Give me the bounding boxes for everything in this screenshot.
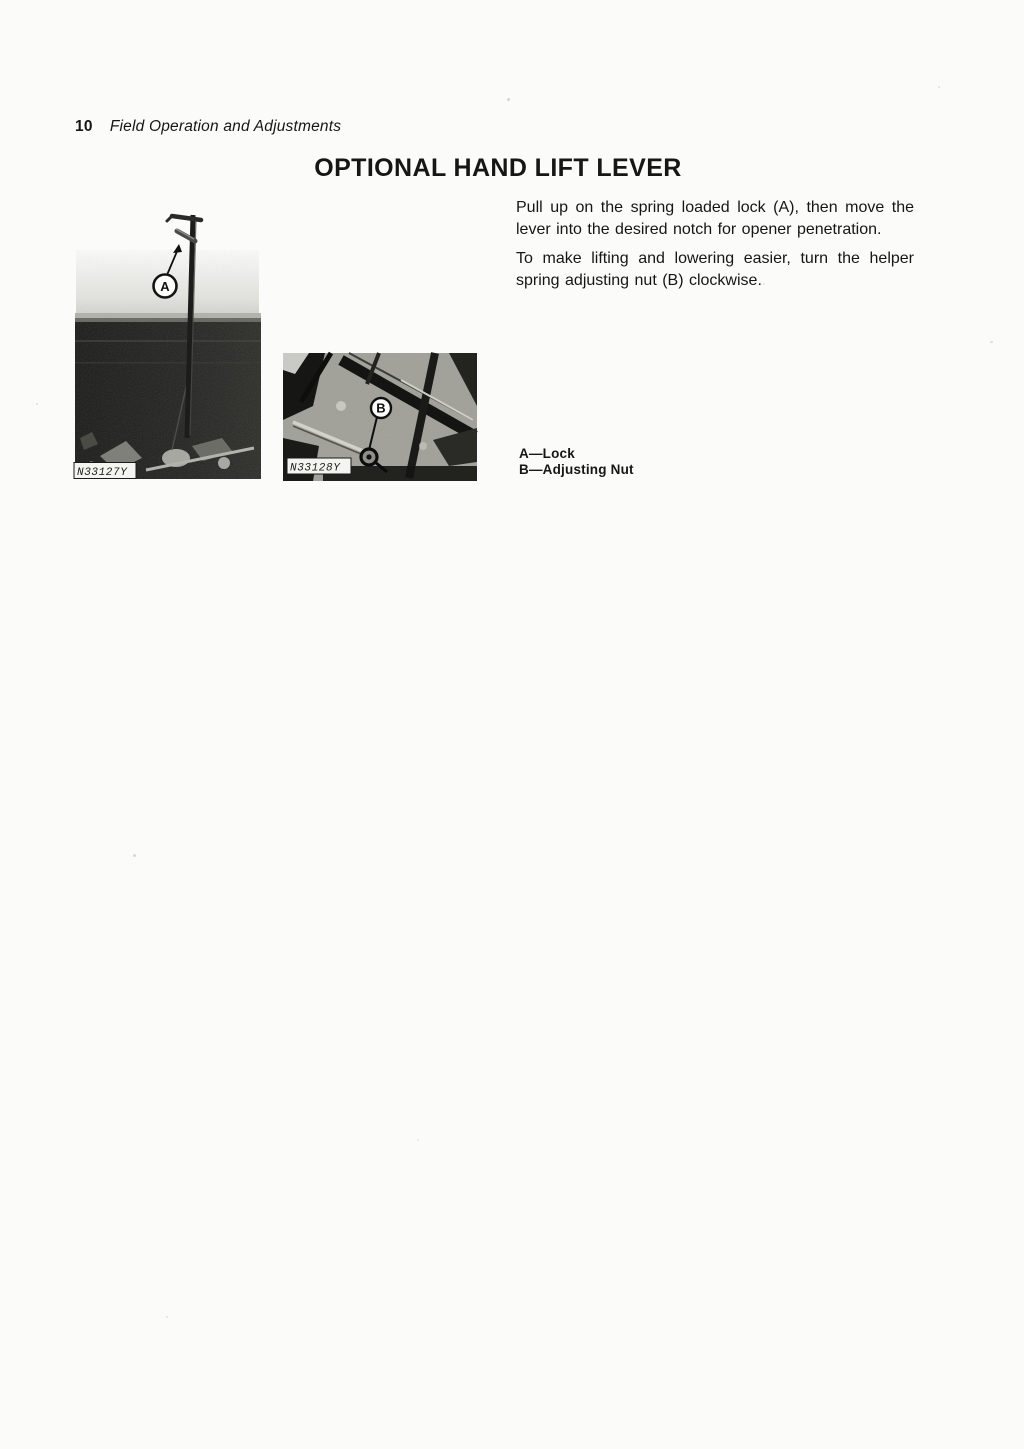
scan-speck bbox=[166, 1316, 168, 1318]
scan-speck bbox=[763, 283, 765, 285]
scan-speck bbox=[990, 341, 993, 343]
photo-id-right-text: N33128Y bbox=[290, 463, 341, 475]
figure-legend: A—Lock B—Adjusting Nut bbox=[519, 446, 634, 477]
callout-a-letter: A bbox=[160, 279, 170, 294]
section-title: OPTIONAL HAND LIFT LEVER bbox=[0, 154, 996, 183]
scan-speck bbox=[133, 854, 136, 857]
chapter-title: Field Operation and Adjustments bbox=[110, 118, 341, 135]
paragraph-lock-instruction: Pull up on the spring loaded lock (A), t… bbox=[516, 197, 914, 241]
legend-item-a: A—Lock bbox=[519, 446, 634, 462]
photo-id-left: N33127Y bbox=[74, 463, 136, 480]
photo-adjusting-nut: B N33128Y bbox=[283, 350, 480, 482]
photo-id-left-text: N33127Y bbox=[77, 467, 128, 479]
legend-item-b: B—Adjusting Nut bbox=[519, 462, 634, 478]
body-text-column: Pull up on the spring loaded lock (A), t… bbox=[516, 197, 914, 299]
photo-hand-lift-lever: A N33127Y bbox=[72, 200, 262, 480]
callout-a-arrowhead bbox=[173, 244, 182, 253]
paragraph-spring-instruction: To make lifting and lowering easier, tur… bbox=[516, 248, 914, 292]
scan-speck bbox=[417, 1139, 419, 1141]
manual-page: 10Field Operation and Adjustments OPTION… bbox=[0, 0, 1024, 1449]
running-header: 10Field Operation and Adjustments bbox=[75, 118, 341, 136]
photo-id-right: N33128Y bbox=[287, 458, 351, 475]
scan-speck bbox=[938, 86, 940, 88]
page-number: 10 bbox=[75, 118, 93, 135]
scan-speck bbox=[36, 403, 38, 405]
figure-hand-lift-lever: A N33127Y bbox=[72, 200, 262, 480]
callout-b-letter: B bbox=[376, 401, 385, 416]
figure-adjusting-nut: B N33128Y bbox=[283, 350, 480, 482]
scan-speck bbox=[507, 98, 510, 101]
